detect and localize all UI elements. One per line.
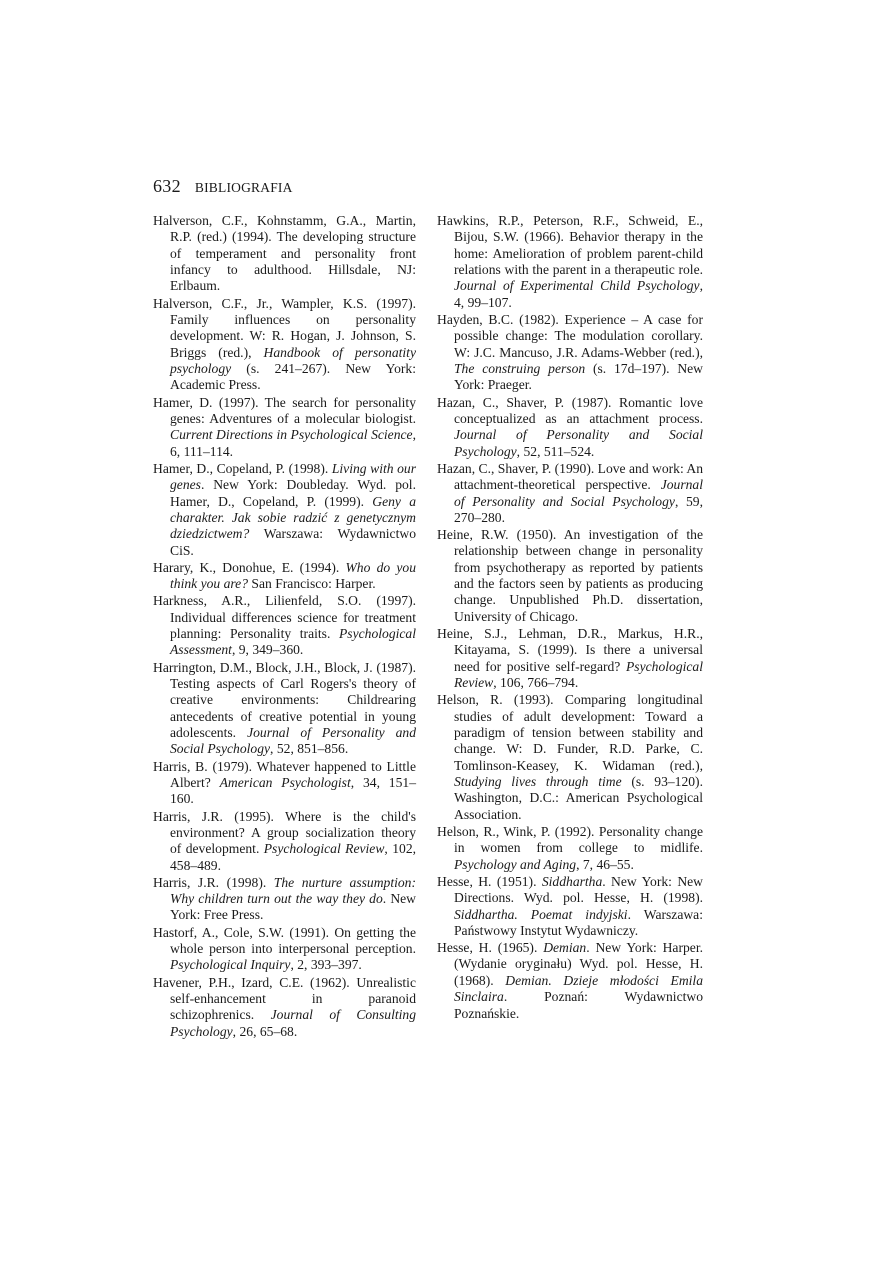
entry-text: Hamer, D. (1997). The search for persona… (153, 395, 416, 426)
entry-text: , 7, 46–55. (576, 857, 634, 872)
bibliography-entry: Harary, K., Donohue, E. (1994). Who do y… (153, 560, 416, 593)
entry-title-italic: Psychological Review (264, 841, 385, 856)
bibliography-entry: Hastorf, A., Cole, S.W. (1991). On getti… (153, 925, 416, 974)
entry-text: , 52, 851–856. (270, 741, 348, 756)
bibliography-entry: Hazan, C., Shaver, P. (1987). Romantic l… (437, 395, 703, 460)
entry-text: , 2, 393–397. (290, 957, 361, 972)
bibliography-entry: Hawkins, R.P., Peterson, R.F., Schweid, … (437, 213, 703, 311)
bibliography-column-left: Halverson, C.F., Kohnstamm, G.A., Martin… (153, 213, 416, 1041)
entry-title-italic: Psychological Inquiry (170, 957, 290, 972)
entry-title-italic: American Psychologist (220, 775, 351, 790)
entry-title-italic: Psychology and Aging (454, 857, 576, 872)
entry-title-italic: Journal of Experimental Child Psychology (454, 278, 700, 293)
entry-text: , 52, 511–524. (517, 444, 595, 459)
bibliography-entry: Harris, J.R. (1995). Where is the child'… (153, 809, 416, 874)
entry-title-italic: Current Directions in Psychological Scie… (170, 427, 413, 442)
entry-text: , 106, 766–794. (493, 675, 578, 690)
bibliography-entry: Hazan, C., Shaver, P. (1990). Love and w… (437, 461, 703, 526)
bibliography-entry: Harkness, A.R., Lilienfeld, S.O. (1997).… (153, 593, 416, 658)
bibliography-entry: Helson, R., Wink, P. (1992). Personality… (437, 824, 703, 873)
entry-text: Hesse, H. (1965). (437, 940, 543, 955)
bibliography-entry: Hamer, D., Copeland, P. (1998). Living w… (153, 461, 416, 559)
entry-text: Helson, R., Wink, P. (1992). Personality… (437, 824, 703, 855)
bibliography-entry: Hesse, H. (1965). Demian. New York: Harp… (437, 940, 703, 1022)
bibliography-entry: Heine, R.W. (1950). An investigation of … (437, 527, 703, 625)
entry-text: Halverson, C.F., Kohnstamm, G.A., Martin… (153, 213, 416, 293)
bibliography-entry: Heine, S.J., Lehman, D.R., Markus, H.R.,… (437, 626, 703, 691)
bibliography-entry: Havener, P.H., Izard, C.E. (1962). Unrea… (153, 975, 416, 1040)
bibliography-entry: Harris, J.R. (1998). The nurture assumpt… (153, 875, 416, 924)
bibliography-entry: Halverson, C.F., Kohnstamm, G.A., Martin… (153, 213, 416, 295)
entry-text: Hayden, B.C. (1982). Experience – A case… (437, 312, 703, 360)
entry-text: Hesse, H. (1951). (437, 874, 542, 889)
entry-title-italic: Studying lives through time (454, 774, 622, 789)
running-head: BIBLIOGRAFIA (195, 180, 293, 196)
bibliography-column-right: Hawkins, R.P., Peterson, R.F., Schweid, … (437, 213, 703, 1023)
entry-text: , 26, 65–68. (233, 1024, 298, 1039)
entry-text: Harris, J.R. (1998). (153, 875, 274, 890)
bibliography-entry: Hesse, H. (1951). Siddhartha. New York: … (437, 874, 703, 939)
page-header: 632 BIBLIOGRAFIA (153, 176, 293, 197)
bibliography-entry: Halverson, C.F., Jr., Wampler, K.S. (199… (153, 296, 416, 394)
bibliography-entry: Harris, B. (1979). Whatever happened to … (153, 759, 416, 808)
bibliography-entry: Hayden, B.C. (1982). Experience – A case… (437, 312, 703, 394)
page-number: 632 (153, 176, 181, 197)
entry-title-italic: Demian (543, 940, 586, 955)
entry-title-italic: The construing person (454, 361, 585, 376)
entry-text: Hawkins, R.P., Peterson, R.F., Schweid, … (437, 213, 703, 277)
entry-text: Harary, K., Donohue, E. (1994). (153, 560, 345, 575)
entry-text: Hamer, D., Copeland, P. (1998). (153, 461, 332, 476)
entry-text: Hazan, C., Shaver, P. (1987). Romantic l… (437, 395, 703, 426)
bibliography-entry: Harrington, D.M., Block, J.H., Block, J.… (153, 660, 416, 758)
entry-text: , 9, 349–360. (232, 642, 303, 657)
entry-title-italic: Siddhartha (542, 874, 602, 889)
entry-text: Helson, R. (1993). Comparing longitudina… (437, 692, 703, 772)
entry-title-italic: Siddhartha. Poemat indyjski (454, 907, 628, 922)
bibliography-entry: Hamer, D. (1997). The search for persona… (153, 395, 416, 460)
entry-text: Heine, R.W. (1950). An investigation of … (437, 527, 703, 624)
entry-text: Hastorf, A., Cole, S.W. (1991). On getti… (153, 925, 416, 956)
bibliography-entry: Helson, R. (1993). Comparing longitudina… (437, 692, 703, 823)
entry-text: San Francisco: Harper. (248, 576, 376, 591)
